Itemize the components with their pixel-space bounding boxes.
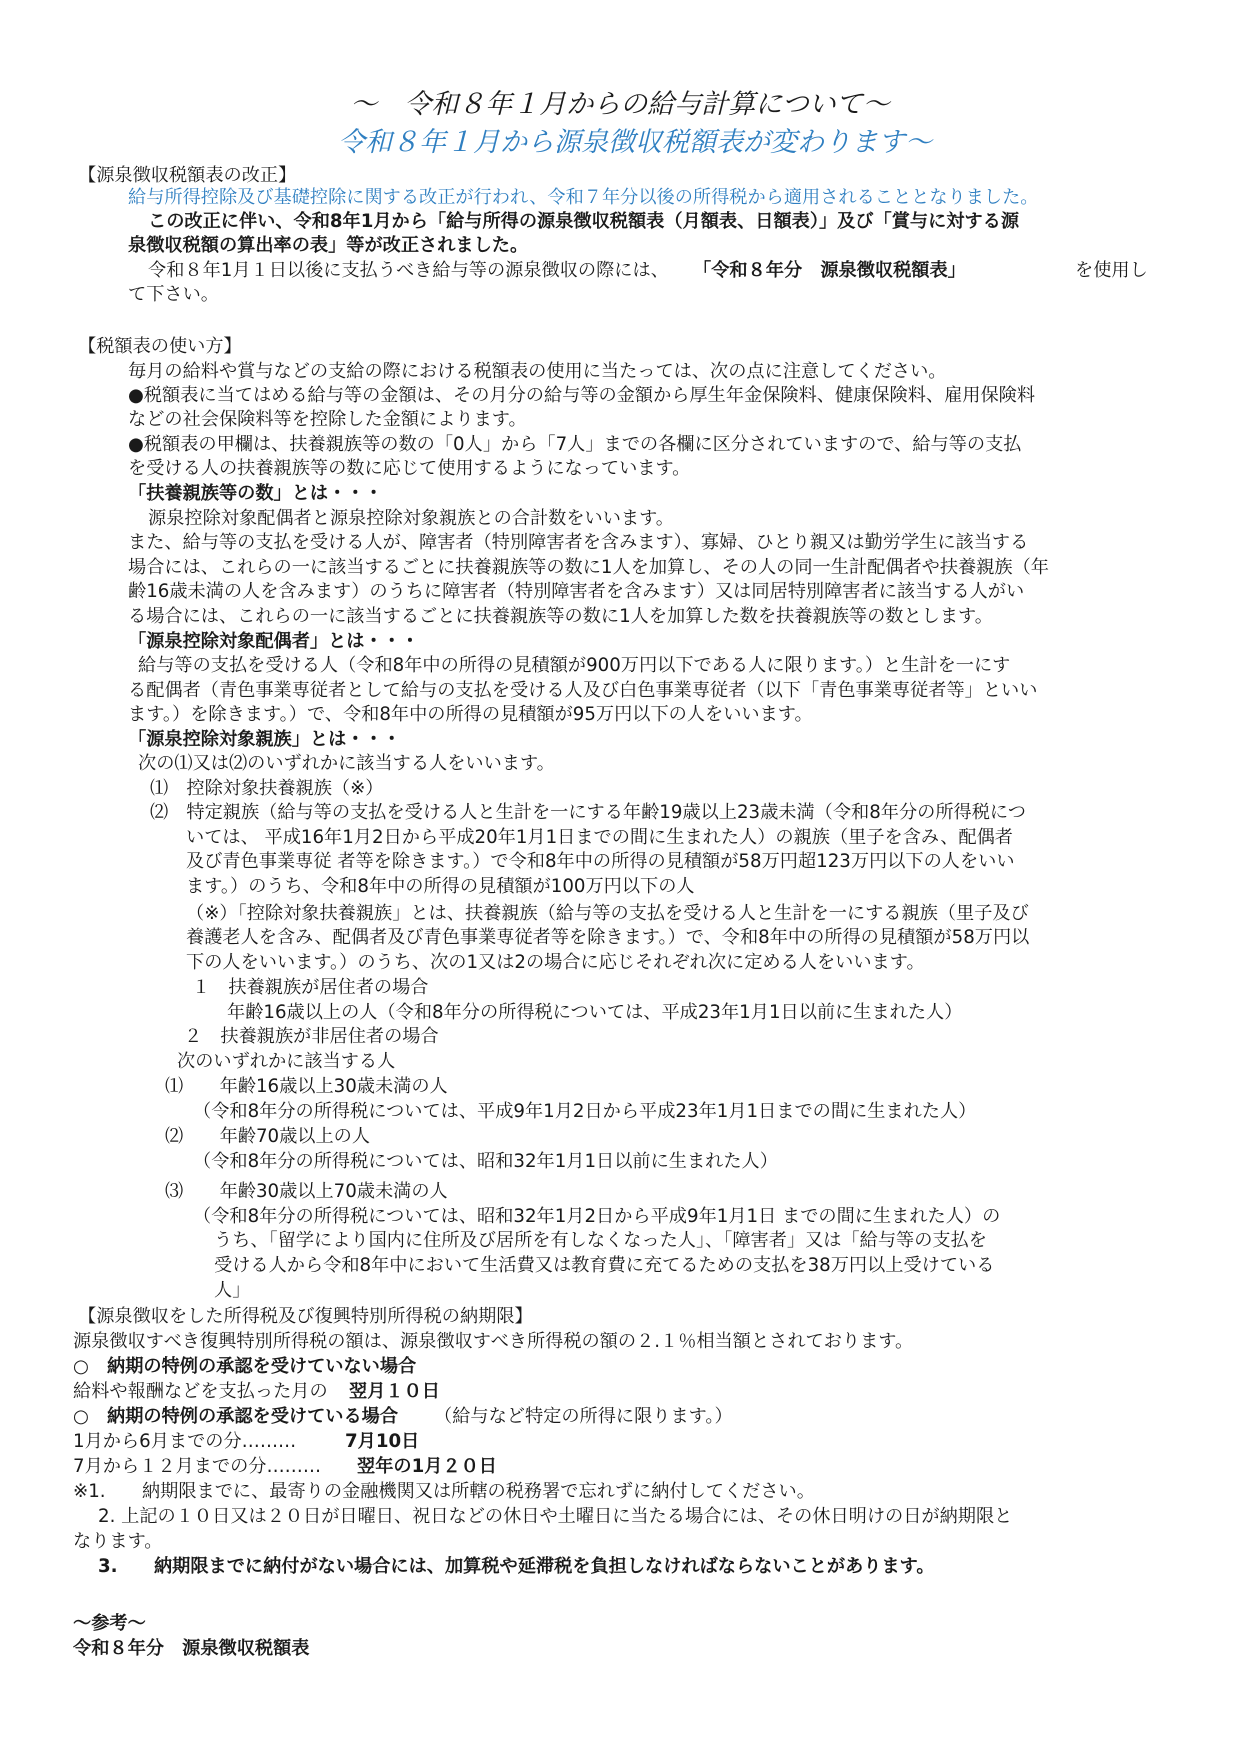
reference-item: 令和８年分 源泉徴収税額表 xyxy=(73,1637,309,1661)
list-item: ⑴ 控除対象扶養親族（※） xyxy=(150,777,384,801)
deadline-date: 翌年の1月２０日 xyxy=(357,1455,497,1479)
definition-heading-spouse: 「源泉控除対象配偶者」とは・・・ xyxy=(128,630,419,654)
page-title: ～ 令和８年１月からの給与計算について～ xyxy=(0,82,1240,121)
note-text: 養護老人を含み、配偶者及び青色事業専従者等を除きます。）で、令和8年中の所得の見… xyxy=(186,926,1029,950)
note-text: （※）「控除対象扶養親族」とは、扶養親族（給与等の支払を受ける人と生計を一にする… xyxy=(186,902,1029,926)
usage-bullet: ●税額表の甲欄は、扶養親族等の数の「0人」から「7人」までの各欄に区分されていま… xyxy=(128,433,1021,457)
revision-note: 給与所得控除及び基礎控除に関する改正が行われ、令和７年分以後の所得税から適用され… xyxy=(128,186,1038,210)
list-item-cont: 次のいずれかに該当する人 xyxy=(177,1050,395,1074)
list-item: ⑵ 特定親族（給与等の支払を受ける人と生計を一にする年齢19歳以上23歳未満（令… xyxy=(150,801,1026,825)
section-heading-revision: 【源泉徴収税額表の改正】 xyxy=(78,164,296,188)
list-item-cont: 年齢16歳以上の人（令和8年分の所得税については、平成23年1月1日以前に生まれ… xyxy=(227,1001,962,1025)
list-item-cont: （令和8年分の所得税については、昭和32年1月2日から平成9年1月1日 までの間… xyxy=(193,1205,1000,1229)
definition-heading-dependents: 「扶養親族等の数」とは・・・ xyxy=(128,482,383,506)
deadline-text: 源泉徴収すべき復興特別所得税の額は、源泉徴収すべき所得税の額の２.１％相当額とさ… xyxy=(73,1330,913,1354)
deadline-period: 7月から１２月までの分……… xyxy=(73,1455,321,1479)
usage-bullet: ●税額表に当てはめる給与等の金額は、その月分の給与等の金額から厚生年金保険料、健… xyxy=(128,384,1035,408)
revision-text: を使用し xyxy=(1075,259,1148,283)
definition-text: る場合には、これらの一に該当するごとに扶養親族等の数に1人を加算した数を扶養親族… xyxy=(128,605,993,629)
list-item-cont: （令和8年分の所得税については、平成9年1月2日から平成23年1月1日までの間に… xyxy=(193,1100,976,1124)
list-item-cont: 受ける人から令和8年中において生活費又は教育費に充てるための支払を38万円以上受… xyxy=(214,1254,994,1278)
definition-text: 齢16歳未満の人を含みます）のうちに障害者（特別障害者を含みます）又は同居特別障… xyxy=(128,580,1024,604)
tax-table-name: 「令和８年分 源泉徴収税額表」 xyxy=(693,259,966,283)
deadline-date: 7月10日 xyxy=(345,1430,419,1454)
list-item-cont: 人」 xyxy=(214,1279,250,1303)
page-subtitle: 令和８年１月から源泉徴収税額表が変わります～ xyxy=(0,120,1240,159)
definition-text: 次の⑴又は⑵のいずれかに該当する人をいいます。 xyxy=(138,752,555,776)
list-item-cont: （令和8年分の所得税については、昭和32年1月1日以前に生まれた人） xyxy=(193,1150,778,1174)
list-item: ２ 扶養親族が非居住者の場合 xyxy=(184,1025,439,1049)
definition-text: る配偶者（青色事業専従者として給与の支払を受ける人及び白色事業専従者（以下「青色… xyxy=(128,679,1037,703)
revision-text: この改正に伴い、令和8年1月から「給与所得の源泉徴収税額表（月額表、日額表）」及… xyxy=(148,210,1019,234)
definition-text: ます。）を除きます。）で、令和8年中の所得の見積額が95万円以下の人をいいます。 xyxy=(128,703,813,727)
deadline-footnote: ※1. 納期限までに、最寄りの金融機関又は所轄の税務署で忘れずに納付してください… xyxy=(73,1480,815,1504)
definition-text: 給与等の支払を受ける人（令和8年中の所得の見積額が900万円以下である人に限りま… xyxy=(138,654,1010,678)
list-item: ⑵ 年齢70歳以上の人 xyxy=(165,1125,370,1149)
section-heading-payment-deadline: 【源泉徴収をした所得税及び復興特別所得税の納期限】 xyxy=(78,1305,533,1329)
usage-text: を受ける人の扶養親族等の数に応じて使用するようになっています。 xyxy=(128,457,690,481)
definition-heading-relatives: 「源泉控除対象親族」とは・・・ xyxy=(128,728,401,752)
deadline-footnote: 2. 上記の１０日又は２０日が日曜日、祝日などの休日や土曜日に当たる場合には、そ… xyxy=(98,1505,1012,1529)
definition-text: 場合には、これらの一に該当するごとに扶養親族等の数に1人を加算し、その人の同一生… xyxy=(128,556,1049,580)
revision-text: て下さい。 xyxy=(128,283,219,307)
list-item-cont: ます。）のうち、令和8年中の所得の見積額が100万円以下の人 xyxy=(186,875,695,899)
deadline-footnote: 3. 納期限までに納付がない場合には、加算税や延滞税を負担しなければならないこと… xyxy=(98,1555,935,1579)
usage-text: 毎月の給料や賞与などの支給の際における税額表の使用に当たっては、次の点に注意して… xyxy=(128,360,946,384)
deadline-case-heading: ○ 納期の特例の承認を受けていない場合 xyxy=(73,1355,416,1379)
note-text: 下の人をいいます。）のうち、次の1又は2の場合に応じそれぞれ次に定める人をいいま… xyxy=(186,951,925,975)
deadline-case-heading: ○ 納期の特例の承認を受けている場合 xyxy=(73,1405,398,1429)
definition-text: 源泉控除対象配偶者と源泉控除対象親族との合計数をいいます。 xyxy=(148,507,674,531)
revision-text: 令和８年1月１日以後に支払うべき給与等の源泉徴収の際には、 xyxy=(148,259,669,283)
revision-text: 泉徴収税額の算出率の表」等が改正されました。 xyxy=(128,234,528,258)
usage-text: などの社会保険料等を控除した金額によります。 xyxy=(128,408,527,432)
deadline-text: 給料や報酬などを支払った月の xyxy=(73,1380,328,1404)
document-page: ～ 令和８年１月からの給与計算について～ 令和８年１月から源泉徴収税額表が変わり… xyxy=(0,0,1240,1754)
list-item: ⑶ 年齢30歳以上70歳未満の人 xyxy=(165,1180,448,1204)
list-item-cont: うち、「留学により国内に住所及び居所を有しなくなった人」、「障害者」又は「給与等… xyxy=(214,1229,987,1253)
list-item-cont: いては、 平成16年1月2日から平成20年1月1日までの間に生まれた人）の親族（… xyxy=(186,826,1013,850)
list-item-cont: 及び青色事業専従 者等を除きます。）で令和8年中の所得の見積額が58万円超123… xyxy=(186,850,1015,874)
reference-heading: ～参考～ xyxy=(73,1612,146,1636)
section-heading-usage: 【税額表の使い方】 xyxy=(78,335,242,359)
deadline-period: 1月から6月までの分……… xyxy=(73,1430,296,1454)
deadline-date: 翌月１０日 xyxy=(349,1380,440,1404)
list-item: ⑴ 年齢16歳以上30歳未満の人 xyxy=(165,1075,448,1099)
deadline-note: （給与など特定の所得に限ります。） xyxy=(434,1405,733,1429)
definition-text: また、給与等の支払を受ける人が、障害者（特別障害者を含みます）、寡婦、ひとり親又… xyxy=(128,531,1028,555)
list-item: １ 扶養親族が居住者の場合 xyxy=(192,976,428,1000)
deadline-footnote: なります。 xyxy=(73,1530,162,1554)
